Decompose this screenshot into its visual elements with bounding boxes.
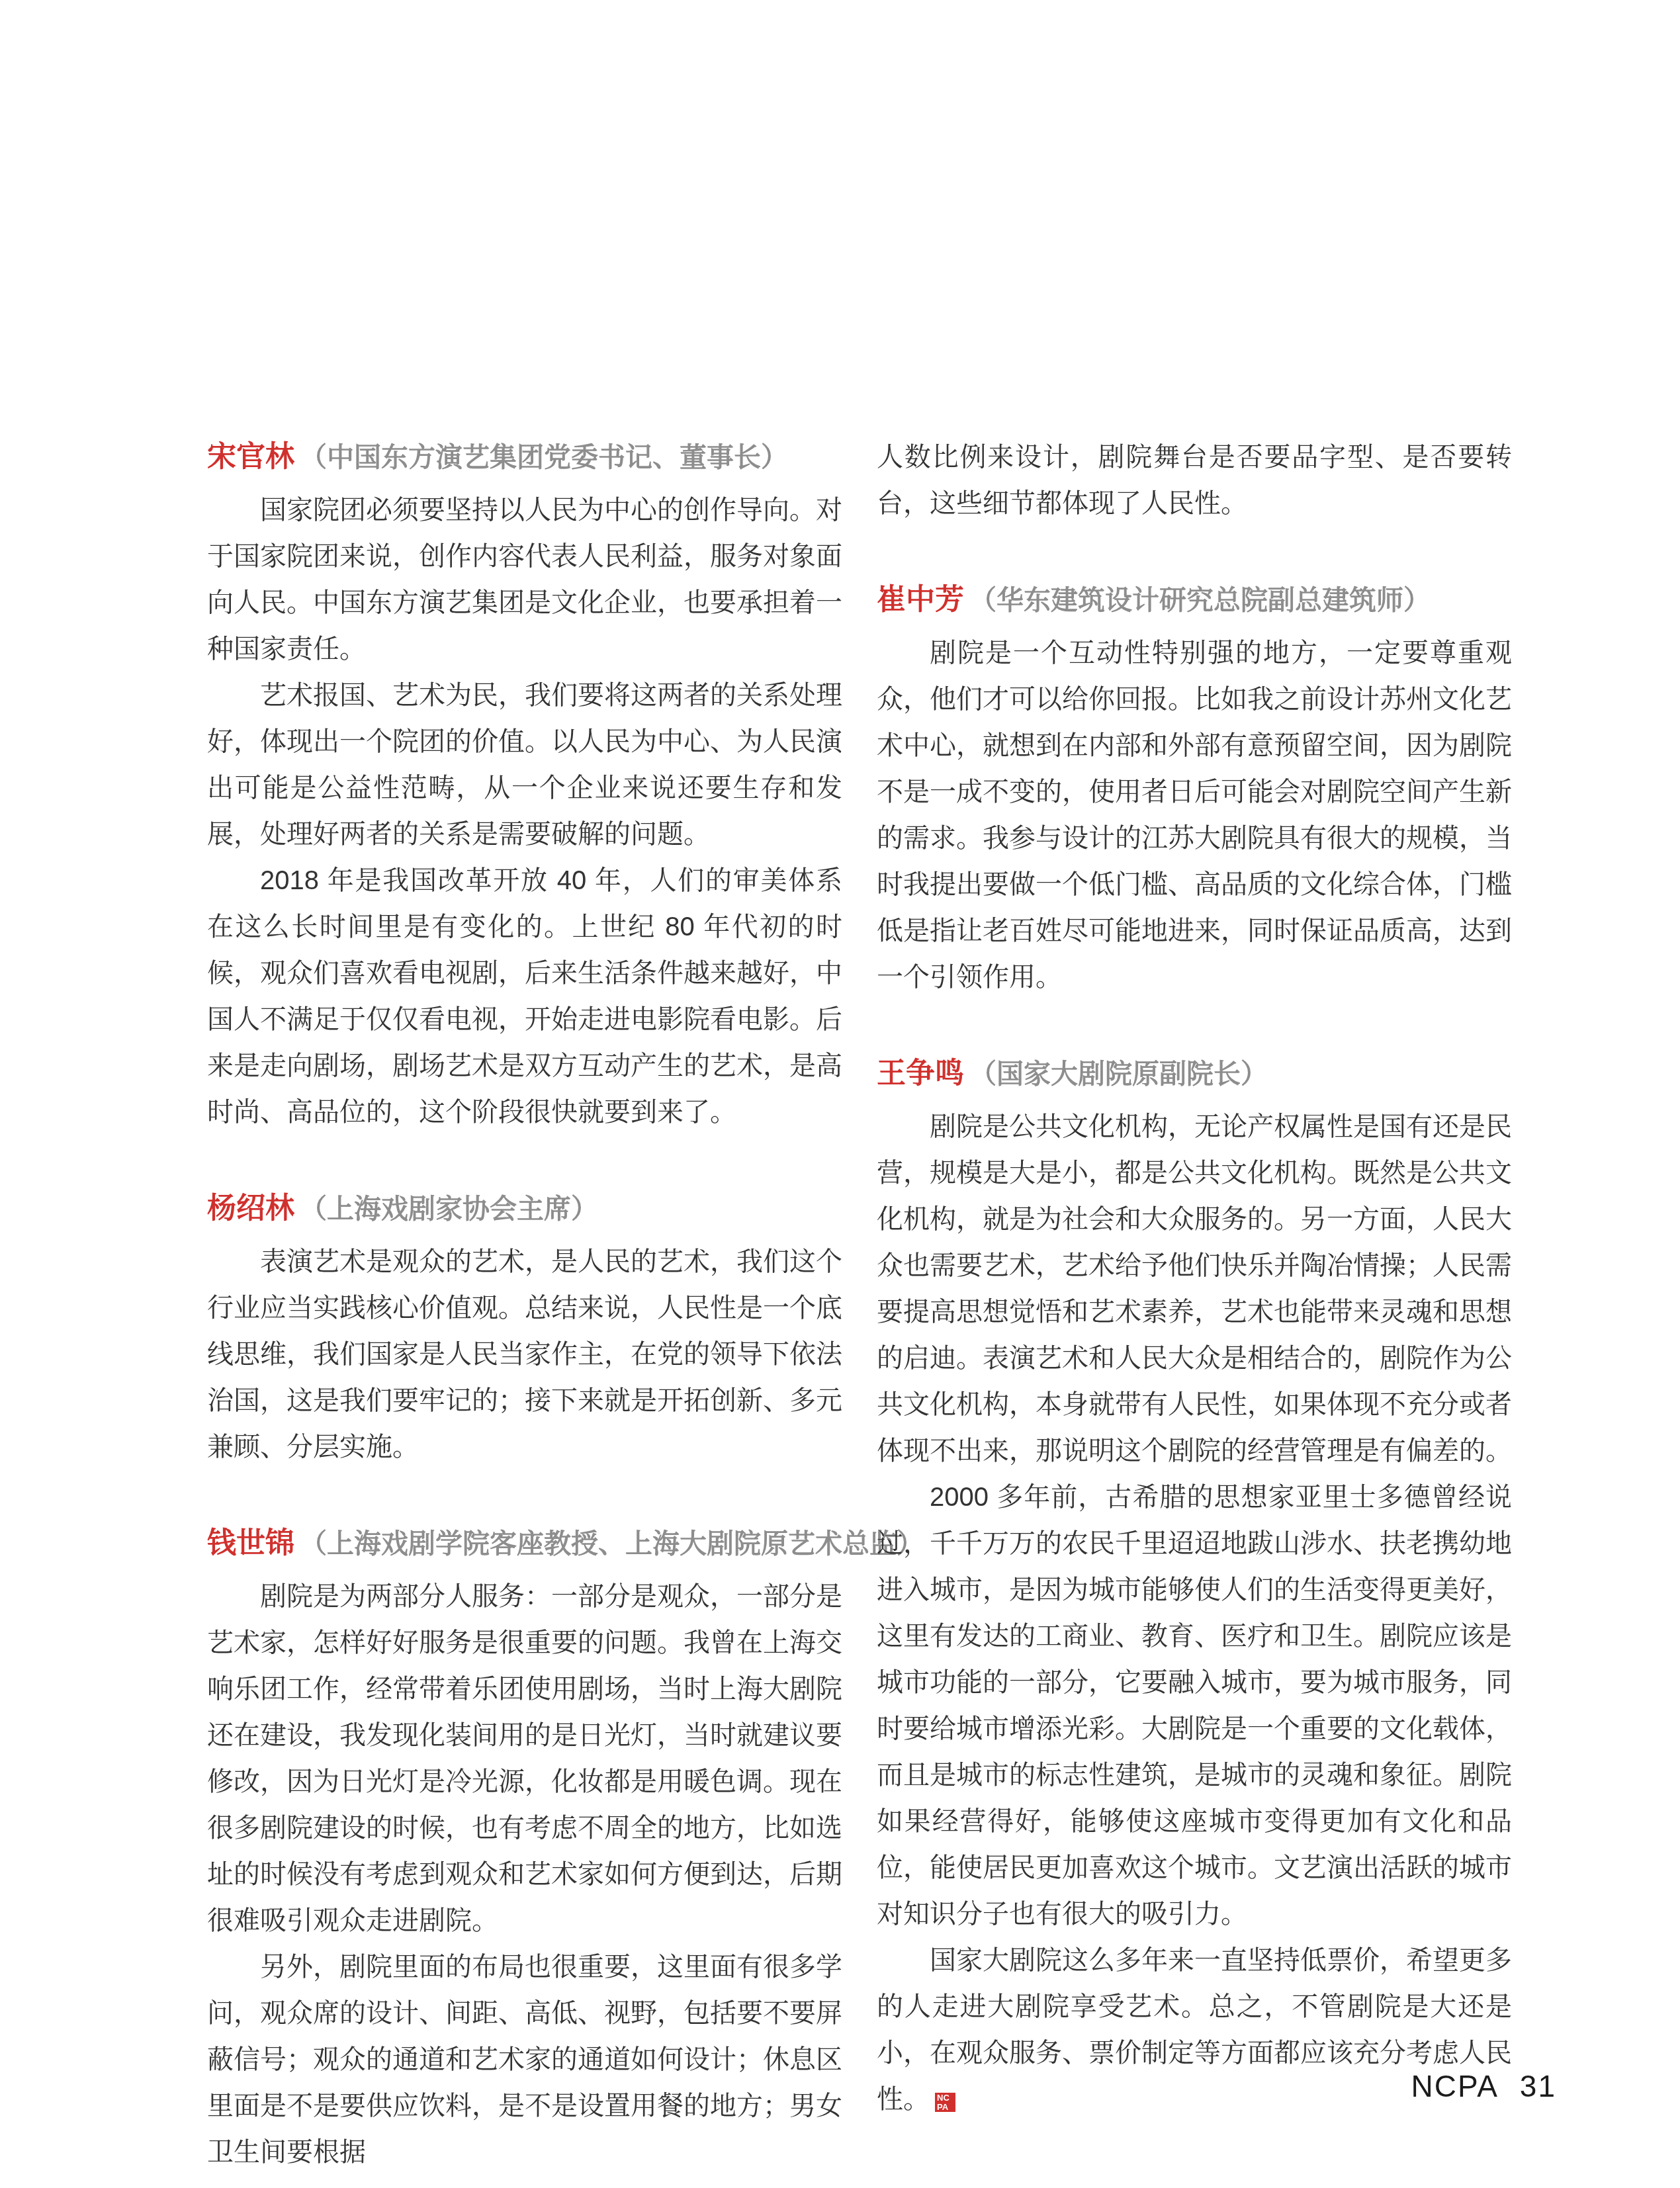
speaker-role: （国家大剧院原副院长）	[969, 1059, 1268, 1089]
footer-page-number: 31	[1520, 2069, 1556, 2103]
speaker-role: （上海戏剧家协会主席）	[300, 1194, 598, 1224]
section-header: 钱世锦（上海戏剧学院客座教授、上海大剧院原艺术总监）	[207, 1520, 842, 1573]
section-yang-shaolin: 杨绍林（上海戏剧家协会主席） 表演艺术是观众的艺术，是人民的艺术，我们这个行业应…	[207, 1186, 842, 1470]
speaker-role: （中国东方演艺集团党委书记、董事长）	[300, 442, 788, 472]
section-cui-zhongfang: 崔中芳（华东建筑设计研究总院副总建筑师） 剧院是一个互动性特别强的地方，一定要尊…	[877, 577, 1512, 1000]
speaker-role: （上海戏剧学院客座教授、上海大剧院原艺术总监）	[300, 1528, 924, 1559]
section-qian-shijin: 钱世锦（上海戏剧学院客座教授、上海大剧院原艺术总监） 剧院是为两部分人服务：一部…	[207, 1520, 842, 2175]
continuation-paragraph: 人数比例来设计，剧院舞台是否要品字型、是否要转台，这些细节都体现了人民性。	[877, 434, 1512, 527]
body-paragraph: 2000 多年前，古希腊的思想家亚里士多德曾经说过，千千万万的农民千里迢迢地跋山…	[877, 1474, 1512, 1937]
section-header: 杨绍林（上海戏剧家协会主席）	[207, 1186, 842, 1239]
speaker-role: （华东建筑设计研究总院副总建筑师）	[969, 585, 1431, 615]
speaker-name: 杨绍林	[207, 1192, 294, 1225]
body-paragraph: 另外，剧院里面的布局也很重要，这里面有很多学问，观众席的设计、间距、高低、视野，…	[207, 1944, 842, 2175]
left-column: 宋官林（中国东方演艺集团党委书记、董事长） 国家院团必须要坚持以人民为中心的创作…	[207, 434, 842, 2175]
section-wang-zhengming: 王争鸣（国家大剧院原副院长） 剧院是公共文化机构，无论产权属性是国有还是民营，规…	[877, 1051, 1512, 2122]
body-paragraph: 艺术报国、艺术为民，我们要将这两者的关系处理好，体现出一个院团的价值。以人民为中…	[207, 672, 842, 857]
speaker-name: 王争鸣	[877, 1057, 964, 1090]
section-header: 崔中芳（华东建筑设计研究总院副总建筑师）	[877, 577, 1512, 630]
badge-line: NC	[937, 2093, 955, 2103]
section-header: 宋官林（中国东方演艺集团党委书记、董事长）	[207, 434, 842, 487]
section-song-guanlin: 宋官林（中国东方演艺集团党委书记、董事长） 国家院团必须要坚持以人民为中心的创作…	[207, 434, 842, 1135]
body-paragraph: 表演艺术是观众的艺术，是人民的艺术，我们这个行业应当实践核心价值观。总结来说，人…	[207, 1239, 842, 1470]
footer-brand: NCPA	[1411, 2069, 1498, 2103]
body-paragraph: 剧院是公共文化机构，无论产权属性是国有还是民营，规模是大是小，都是公共文化机构。…	[877, 1104, 1512, 1474]
section-header: 王争鸣（国家大剧院原副院长）	[877, 1051, 1512, 1104]
speaker-name: 崔中芳	[877, 584, 964, 616]
badge-line: PA	[937, 2103, 955, 2112]
body-paragraph: 2018 年是我国改革开放 40 年，人们的审美体系在这么长时间里是有变化的。上…	[207, 857, 842, 1135]
right-column: 人数比例来设计，剧院舞台是否要品字型、是否要转台，这些细节都体现了人民性。 崔中…	[877, 434, 1512, 2122]
magazine-page: 宋官林（中国东方演艺集团党委书记、董事长） 国家院团必须要坚持以人民为中心的创作…	[0, 0, 1680, 2188]
ncpa-end-badge: NCPA	[935, 2093, 955, 2112]
speaker-name: 宋官林	[207, 441, 294, 473]
body-paragraph: 国家院团必须要坚持以人民为中心的创作导向。对于国家院团来说，创作内容代表人民利益…	[207, 487, 842, 672]
body-paragraph: 剧院是一个互动性特别强的地方，一定要尊重观众，他们才可以给你回报。比如我之前设计…	[877, 630, 1512, 1000]
body-paragraph: 剧院是为两部分人服务：一部分是观众，一部分是艺术家，怎样好好服务是很重要的问题。…	[207, 1573, 842, 1944]
page-footer: NCPA31	[1411, 2068, 1556, 2104]
speaker-name: 钱世锦	[207, 1527, 294, 1559]
